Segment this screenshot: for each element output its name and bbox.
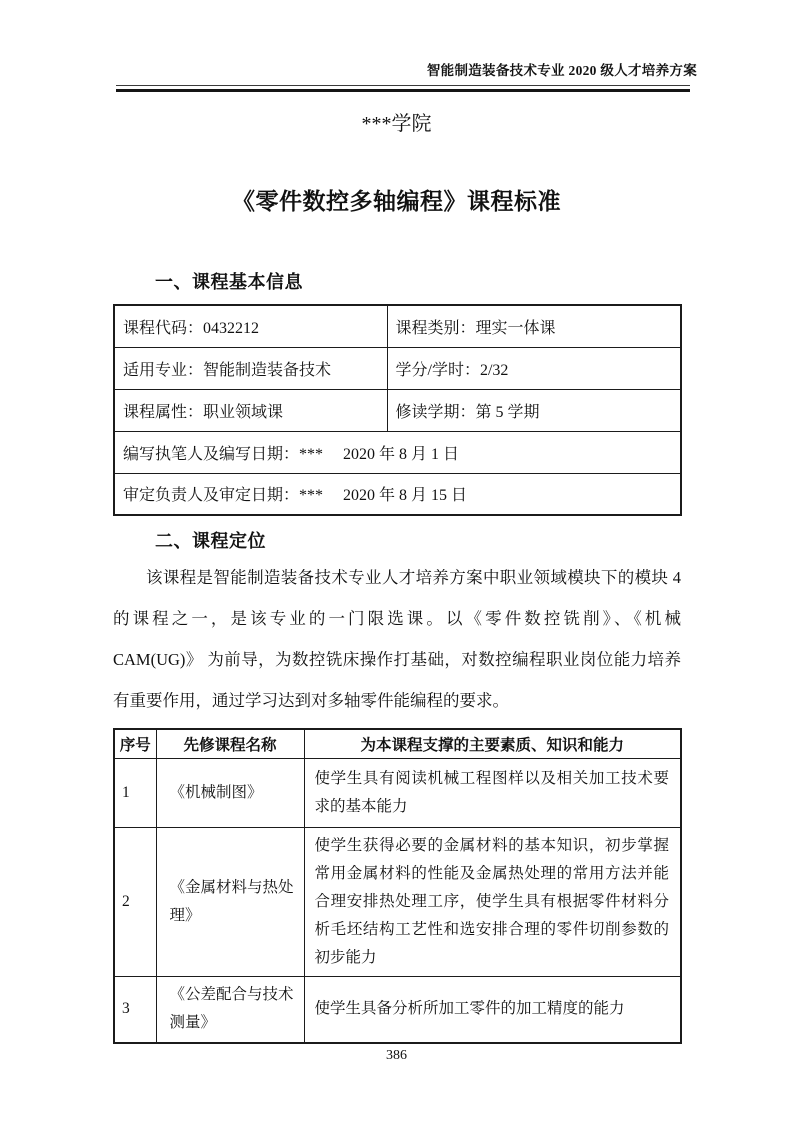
header-double-rule (116, 85, 690, 92)
section-heading-positioning: 二、课程定位 (155, 527, 266, 553)
row-number-cell: 2 (114, 827, 156, 976)
table-row: 审定负责人及审定日期：*** 2020 年 8 月 15 日 (114, 473, 681, 515)
table-row: 课程属性：职业领域课 修读学期：第 5 学期 (114, 389, 681, 431)
reviewer-date-cell: 审定负责人及审定日期：*** 2020 年 8 月 15 日 (114, 473, 681, 515)
header-course-name: 先修课程名称 (156, 729, 304, 758)
credits-hours-cell: 学分/学时：2/32 (387, 347, 681, 389)
page-number: 386 (0, 1048, 793, 1064)
institution-name: ***学院 (0, 107, 793, 136)
table-row: 2 《金属材料与热处理》 使学生获得必要的金属材料的基本知识，初步掌握常用金属材… (114, 827, 681, 976)
author-date-cell: 编写执笔人及编写日期：*** 2020 年 8 月 1 日 (114, 431, 681, 473)
support-description-cell: 使学生具备分析所加工零件的加工精度的能力 (304, 976, 681, 1043)
table-header-row: 序号 先修课程名称 为本课程支撑的主要素质、知识和能力 (114, 729, 681, 758)
course-name-cell: 《公差配合与技术测量》 (156, 976, 304, 1043)
prerequisite-course-table: 序号 先修课程名称 为本课程支撑的主要素质、知识和能力 1 《机械制图》 使学生… (113, 728, 682, 1044)
course-category-cell: 课程类别：理实一体课 (387, 305, 681, 347)
table-row: 课程代码：0432212 课程类别：理实一体课 (114, 305, 681, 347)
applicable-major-cell: 适用专业：智能制造装备技术 (114, 347, 387, 389)
table-row: 1 《机械制图》 使学生具有阅读机械工程图样以及相关加工技术要求的基本能力 (114, 758, 681, 827)
course-name-cell: 《机械制图》 (156, 758, 304, 827)
table-row: 3 《公差配合与技术测量》 使学生具备分析所加工零件的加工精度的能力 (114, 976, 681, 1043)
section-heading-basic-info: 一、课程基本信息 (155, 268, 303, 294)
running-header: 智能制造装备技术专业 2020 级人才培养方案 (113, 59, 697, 79)
document-page: 智能制造装备技术专业 2020 级人才培养方案 ***学院 《零件数控多轴编程》… (0, 0, 793, 1122)
header-no: 序号 (114, 729, 156, 758)
course-code-cell: 课程代码：0432212 (114, 305, 387, 347)
study-semester-cell: 修读学期：第 5 学期 (387, 389, 681, 431)
basic-info-table: 课程代码：0432212 课程类别：理实一体课 适用专业：智能制造装备技术 学分… (113, 304, 682, 516)
support-description-cell: 使学生具有阅读机械工程图样以及相关加工技术要求的基本能力 (304, 758, 681, 827)
header-support: 为本课程支撑的主要素质、知识和能力 (304, 729, 681, 758)
row-number-cell: 1 (114, 758, 156, 827)
course-positioning-paragraph: 该课程是智能制造装备技术专业人才培养方案中职业领域模块下的模块 4 的课程之一，… (113, 557, 681, 721)
row-number-cell: 3 (114, 976, 156, 1043)
table-row: 编写执笔人及编写日期：*** 2020 年 8 月 1 日 (114, 431, 681, 473)
support-description-cell: 使学生获得必要的金属材料的基本知识，初步掌握常用金属材料的性能及金属热处理的常用… (304, 827, 681, 976)
document-title: 《零件数控多轴编程》课程标准 (0, 183, 793, 216)
course-attribute-cell: 课程属性：职业领域课 (114, 389, 387, 431)
table-row: 适用专业：智能制造装备技术 学分/学时：2/32 (114, 347, 681, 389)
course-name-cell: 《金属材料与热处理》 (156, 827, 304, 976)
